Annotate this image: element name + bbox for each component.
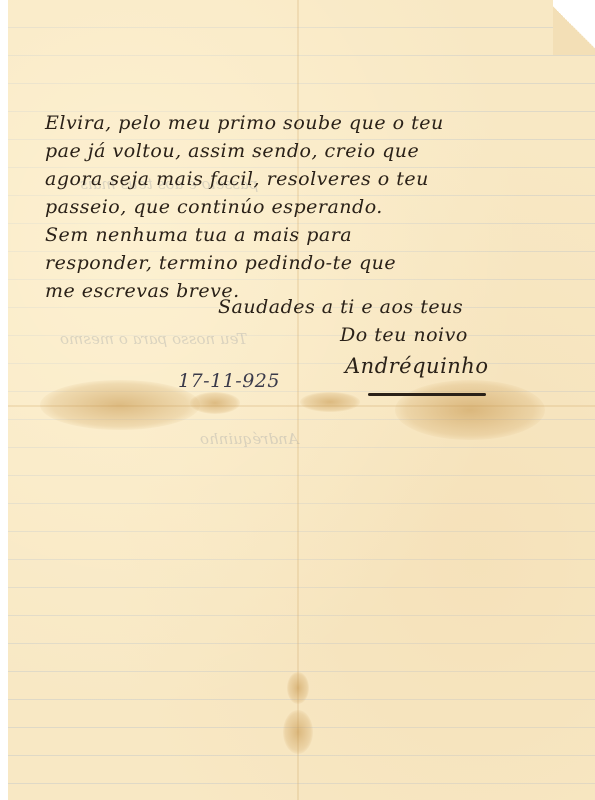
water-stain-drop-top xyxy=(287,672,309,704)
letter-line-3: agora seja mais facil, resolveres o teu xyxy=(45,168,429,190)
closing-greeting: Saudades a ti e aos teus xyxy=(218,296,463,318)
letter-line-5: Sem nenhuma tua a mais para xyxy=(45,224,352,246)
bleed-through-signature: Andréquinho xyxy=(200,430,299,448)
letter-line-2: pae já voltou, assim sendo, creio que xyxy=(45,140,419,162)
letter-date: 17-11-925 xyxy=(178,370,280,392)
water-stain-left xyxy=(40,380,200,430)
water-stain-right xyxy=(395,380,545,440)
signature: Andréquinho xyxy=(345,354,488,378)
bleed-through-text: Teu nosso para o mesmo xyxy=(60,330,247,348)
water-stain-small xyxy=(190,392,240,414)
letter-line-1: Elvira, pelo meu primo soube que o teu xyxy=(45,112,444,134)
letter-line-4: passeio, que continúo esperando. xyxy=(45,196,383,218)
signature-underline xyxy=(368,393,486,396)
closing-valediction: Do teu noivo xyxy=(340,324,468,346)
folded-corner xyxy=(553,0,595,55)
water-stain-small-2 xyxy=(300,392,360,412)
water-stain-drop-bottom xyxy=(283,710,313,754)
letter-line-7: me escrevas breve. xyxy=(45,280,240,302)
letter-line-6: responder, termino pedindo-te que xyxy=(45,252,396,274)
